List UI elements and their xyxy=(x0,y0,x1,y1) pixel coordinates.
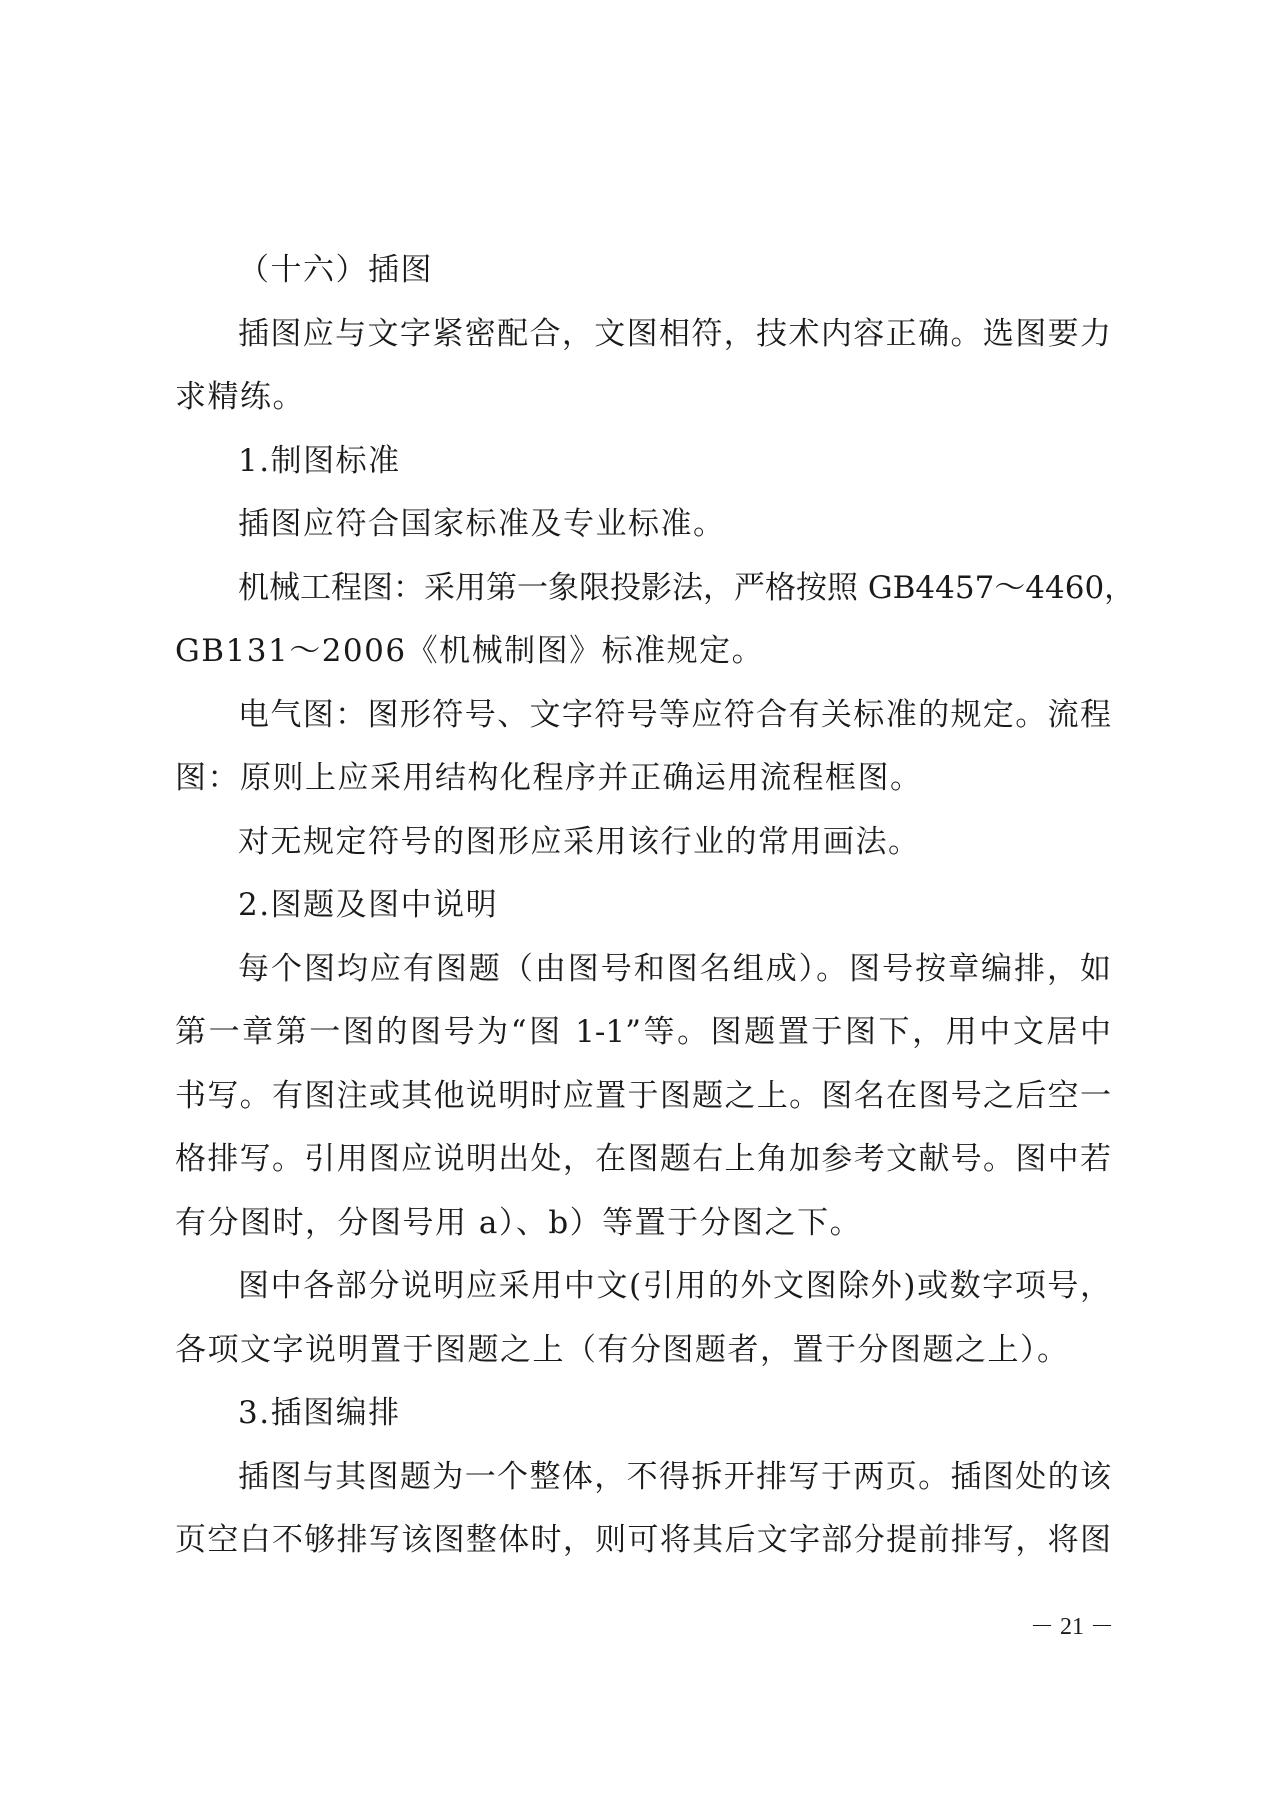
paragraph-line: 对无规定符号的图形应采用该行业的常用画法。 xyxy=(238,822,1111,862)
paragraph-line: 有分图时，分图号用 a）、b）等置于分图之下。 xyxy=(175,1203,1111,1243)
paragraph-line: 机械工程图：采用第一象限投影法，严格按照 GB4457～4460， xyxy=(238,568,1111,608)
paragraph-line: 页空白不够排写该图整体时，则可将其后文字部分提前排写，将图 xyxy=(175,1520,1111,1560)
paragraph-line: 各项文字说明置于图题之上（有分图题者，置于分图题之上）。 xyxy=(175,1330,1111,1370)
paragraph-line: 插图与其图题为一个整体，不得拆开排写于两页。插图处的该 xyxy=(238,1457,1111,1497)
document-page: （十六）插图 插图应与文字紧密配合，文图相符，技术内容正确。选图要力 求精练。 … xyxy=(0,0,1273,1800)
subsection-heading: 2.图题及图中说明 xyxy=(238,885,1111,925)
paragraph-line: 求精练。 xyxy=(175,377,1111,417)
paragraph-line: 书写。有图注或其他说明时应置于图题之上。图名在图号之后空一 xyxy=(175,1076,1111,1116)
section-title: （十六）插图 xyxy=(238,250,1111,290)
paragraph-line: 格排写。引用图应说明出处，在图题右上角加参考文献号。图中若 xyxy=(175,1139,1111,1179)
paragraph-line: 插图应符合国家标准及专业标准。 xyxy=(238,504,1111,544)
paragraph-line: GB131～2006《机械制图》标准规定。 xyxy=(175,631,1111,671)
paragraph-line: 插图应与文字紧密配合，文图相符，技术内容正确。选图要力 xyxy=(238,314,1111,354)
page-number: － 21 － xyxy=(1030,1612,1114,1642)
subsection-heading: 1.制图标准 xyxy=(238,441,1111,481)
paragraph-line: 图：原则上应采用结构化程序并正确运用流程框图。 xyxy=(175,758,1111,798)
paragraph-line: 每个图均应有图题（由图号和图名组成）。图号按章编排，如 xyxy=(238,949,1111,989)
paragraph-line: 电气图：图形符号、文字符号等应符合有关标准的规定。流程 xyxy=(238,695,1111,735)
subsection-heading: 3.插图编排 xyxy=(238,1393,1111,1433)
paragraph-line: 第一章第一图的图号为“图 1-1”等。图题置于图下，用中文居中 xyxy=(175,1012,1111,1052)
paragraph-line: 图中各部分说明应采用中文(引用的外文图除外)或数字项号， xyxy=(238,1266,1111,1306)
